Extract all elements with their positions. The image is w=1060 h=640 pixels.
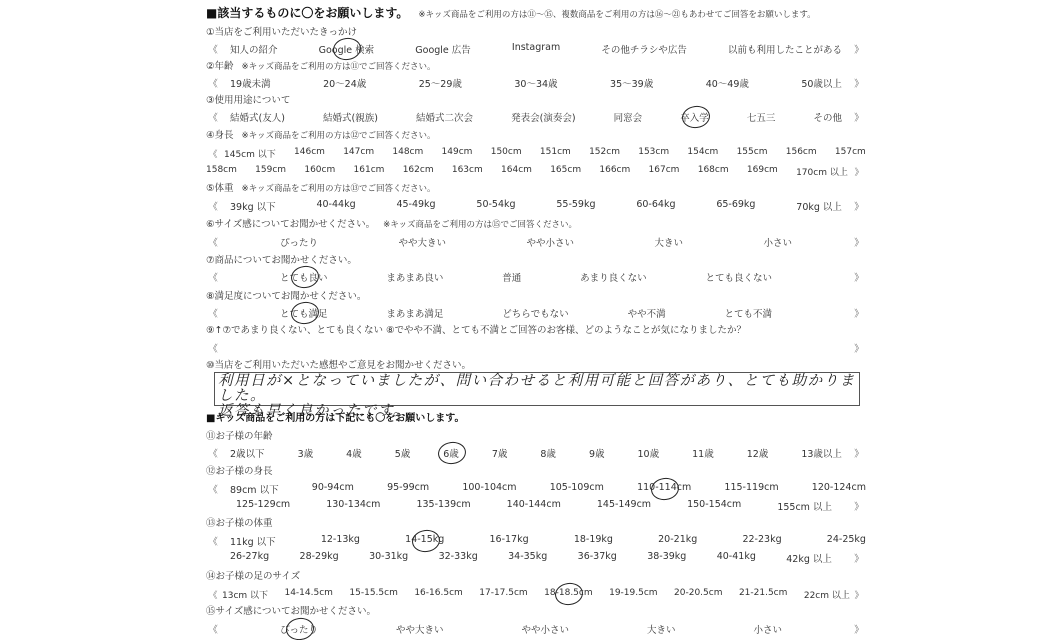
q13-option[interactable]: 32-33kg	[439, 551, 478, 565]
q4-option[interactable]: 167cm	[649, 165, 680, 178]
q7-option-selected[interactable]: とても良い	[280, 270, 328, 284]
open-bracket: 《	[206, 76, 220, 90]
close-bracket: 》	[852, 110, 866, 124]
open-bracket: 《	[206, 199, 220, 213]
q4-option[interactable]: 169cm	[747, 165, 778, 178]
q13-option[interactable]: 18-19kg	[574, 534, 613, 548]
q5-option[interactable]: 39kg 以下	[230, 199, 276, 213]
q7-option[interactable]: 普通	[502, 270, 521, 284]
q2-title: ②年齢	[206, 61, 234, 72]
q1-option[interactable]: 以前も利用したことがある	[728, 42, 842, 56]
q3-option[interactable]: 結婚式(親族)	[323, 110, 378, 124]
open-bracket: 《	[206, 42, 220, 56]
q9-answer[interactable]: 《 》	[206, 339, 866, 357]
close-bracket: 》	[852, 588, 866, 601]
q11-option[interactable]: 9歳	[589, 446, 605, 460]
q11-option[interactable]: 2歳以下	[230, 446, 265, 460]
q3-option[interactable]: 発表会(演奏会)	[511, 110, 575, 124]
q14-option[interactable]: 13cm 以下	[222, 588, 268, 601]
form-title: ■該当するものに〇をお願いします。	[206, 6, 408, 20]
open-bracket: 《	[206, 341, 220, 355]
q14-option[interactable]: 20-20.5cm	[674, 588, 722, 601]
q5-options: 《 39kg 以下 40-44kg 45-49kg 50-54kg 55-59k…	[206, 197, 866, 215]
q14-option[interactable]: 22cm 以上	[804, 588, 850, 601]
open-bracket: 《	[206, 270, 220, 284]
q13-option[interactable]: 24-25kg	[827, 534, 866, 548]
q4-option[interactable]: 148cm	[392, 147, 423, 160]
q11-option[interactable]: 7歳	[492, 446, 508, 460]
q2-option[interactable]: 40〜49歳	[706, 76, 749, 90]
q7-options: 《 とても良い まあまあ良い 普通 あまり良くない とても良くない 》	[206, 268, 866, 286]
q14-option[interactable]: 21-21.5cm	[739, 588, 787, 601]
q14-option[interactable]: 14-14.5cm	[284, 588, 332, 601]
q1-option[interactable]: その他チラシや広告	[601, 42, 687, 56]
close-bracket: 》	[852, 199, 866, 213]
form-header: ■該当するものに〇をお願いします。※キッズ商品をご利用の方は⑪〜⑮、複数商品をご…	[206, 4, 866, 22]
q6-option[interactable]: やや小さい	[526, 235, 574, 249]
q11-option[interactable]: 4歳	[346, 446, 362, 460]
q11-option[interactable]: 8歳	[540, 446, 556, 460]
form-note: ※キッズ商品をご利用の方は⑪〜⑮、複数商品をご利用の方は⑯〜㉑もあわせてご回答を…	[418, 10, 815, 20]
q4-label: ④身長※キッズ商品をご利用の方は⑫でご回答ください。	[206, 127, 866, 145]
open-bracket: 《	[206, 110, 220, 124]
q14-option-selected[interactable]: 18-18.5cm	[544, 588, 592, 601]
q7-option[interactable]: あまり良くない	[580, 270, 647, 284]
q3-option[interactable]: 結婚式二次会	[416, 110, 473, 124]
q2-option[interactable]: 25〜29歳	[419, 76, 462, 90]
q11-option-selected[interactable]: 6歳	[443, 446, 459, 460]
q4-option[interactable]: 155cm	[737, 147, 768, 160]
q13-option[interactable]: 40-41kg	[717, 551, 756, 565]
q12-option[interactable]: 125-129cm	[236, 499, 290, 513]
q12-option[interactable]: 90-94cm	[312, 482, 354, 496]
q6-option[interactable]: 大きい	[654, 235, 683, 249]
q13-option[interactable]: 11kg 以下	[230, 534, 276, 548]
q11-option[interactable]: 10歳	[638, 446, 660, 460]
close-bracket: 》	[852, 446, 866, 460]
q13-option[interactable]: 22-23kg	[742, 534, 781, 548]
q9-label: ⑨↑⑦であまり良くない、とても良くない ⑧でやや不満、とても不満とご回答のお客様…	[206, 322, 866, 340]
q3-option[interactable]: 七五三	[747, 110, 776, 124]
q12-option[interactable]: 100-104cm	[462, 482, 516, 496]
q4-option[interactable]: 168cm	[698, 165, 729, 178]
q4-option[interactable]: 156cm	[786, 147, 817, 160]
q4-option[interactable]: 163cm	[452, 165, 483, 178]
q4-option[interactable]: 158cm	[206, 165, 237, 178]
close-bracket: 》	[852, 499, 866, 513]
open-bracket: 《	[206, 622, 220, 636]
q13-option[interactable]: 30-31kg	[369, 551, 408, 565]
q13-option[interactable]: 12-13kg	[321, 534, 360, 548]
q6-label: ⑥サイズ感についてお聞かせください。※キッズ商品をご利用の方は⑮でご回答ください…	[206, 216, 866, 234]
q13-option[interactable]: 26-27kg	[230, 551, 269, 565]
open-bracket: 《	[206, 482, 220, 496]
q6-option[interactable]: 小さい	[763, 235, 792, 249]
close-bracket: 》	[852, 76, 866, 90]
close-bracket: 》	[852, 622, 866, 636]
q6-option[interactable]: ぴったり	[280, 235, 318, 249]
open-bracket: 《	[206, 235, 220, 249]
q4-option[interactable]: 154cm	[687, 147, 718, 160]
close-bracket: 》	[852, 165, 866, 178]
q5-option[interactable]: 40-44kg	[316, 199, 355, 213]
close-bracket: 》	[852, 235, 866, 249]
q12-options-row1: 《 89cm 以下 90-94cm 95-99cm 100-104cm 105-…	[206, 480, 866, 498]
q14-label: ⑭お子様の足のサイズ	[206, 568, 866, 586]
q15-option[interactable]: 大きい	[647, 622, 676, 636]
q11-option[interactable]: 13歳以上	[801, 446, 842, 460]
q8-option[interactable]: やや不満	[628, 306, 666, 320]
q2-option[interactable]: 30〜34歳	[514, 76, 557, 90]
close-bracket: 》	[852, 42, 866, 56]
q12-option[interactable]: 135-139cm	[416, 499, 470, 513]
q8-option[interactable]: とても不満	[724, 306, 772, 320]
open-bracket: 《	[206, 534, 220, 548]
open-bracket: 《	[206, 147, 220, 160]
q6-title: ⑥サイズ感についてお聞かせください。	[206, 219, 375, 230]
q4-option[interactable]: 170cm 以上	[796, 165, 848, 178]
q14-options: 《 13cm 以下 14-14.5cm 15-15.5cm 16-16.5cm …	[206, 585, 866, 603]
q8-option[interactable]: まあまあ満足	[386, 306, 443, 320]
q15-option[interactable]: やや大きい	[396, 622, 444, 636]
q12-option[interactable]: 115-119cm	[724, 482, 778, 496]
q4-option[interactable]: 146cm	[294, 147, 325, 160]
q12-label: ⑫お子様の身長	[206, 463, 866, 481]
q8-option-selected[interactable]: とても満足	[280, 306, 328, 320]
q3-option[interactable]: その他	[813, 110, 842, 124]
open-bracket: 《	[206, 588, 220, 601]
q5-note: ※キッズ商品をご利用の方は⑬でご回答ください。	[242, 184, 436, 194]
q13-option[interactable]: 34-35kg	[508, 551, 547, 565]
q4-option[interactable]: 149cm	[442, 147, 473, 160]
q11-options: 《 2歳以下 3歳 4歳 5歳 6歳 7歳 8歳 9歳 10歳 11歳 12歳 …	[206, 444, 866, 462]
q5-label: ⑤体重※キッズ商品をご利用の方は⑬でご回答ください。	[206, 180, 866, 198]
q4-option[interactable]: 157cm	[835, 147, 866, 160]
q15-option[interactable]: やや小さい	[521, 622, 569, 636]
q4-option[interactable]: 147cm	[343, 147, 374, 160]
q4-options-row1: 《 145cm 以下 146cm 147cm 148cm 149cm 150cm…	[206, 144, 866, 162]
q5-option[interactable]: 55-59kg	[556, 199, 595, 213]
q8-options: 《 とても満足 まあまあ満足 どちらでもない やや不満 とても不満 》	[206, 304, 866, 322]
q6-option[interactable]: やや大きい	[398, 235, 446, 249]
q13-label: ⑬お子様の体重	[206, 515, 866, 533]
q5-title: ⑤体重	[206, 183, 234, 194]
q7-option[interactable]: とても良くない	[705, 270, 772, 284]
q13-options-row1: 《 11kg 以下 12-13kg 14-15kg 16-17kg 18-19k…	[206, 532, 866, 550]
q13-options-row2: 26-27kg 28-29kg 30-31kg 32-33kg 34-35kg …	[206, 549, 866, 567]
q4-note: ※キッズ商品をご利用の方は⑫でご回答ください。	[242, 131, 436, 141]
q1-option-selected[interactable]: Google 検索	[319, 42, 375, 56]
q4-option[interactable]: 150cm	[491, 147, 522, 160]
q2-note: ※キッズ商品をご利用の方は⑪でご回答ください。	[242, 62, 436, 72]
q2-option[interactable]: 35〜39歳	[610, 76, 653, 90]
q12-option[interactable]: 145-149cm	[597, 499, 651, 513]
q14-option[interactable]: 16-16.5cm	[414, 588, 462, 601]
q4-option[interactable]: 164cm	[501, 165, 532, 178]
q1-option[interactable]: Google 広告	[415, 42, 471, 56]
q12-option[interactable]: 150-154cm	[687, 499, 741, 513]
q12-option[interactable]: 95-99cm	[387, 482, 429, 496]
q4-option[interactable]: 153cm	[638, 147, 669, 160]
q15-option[interactable]: 小さい	[753, 622, 782, 636]
q3-option[interactable]: 同窓会	[614, 110, 643, 124]
q13-option[interactable]: 28-29kg	[300, 551, 339, 565]
q4-option[interactable]: 166cm	[599, 165, 630, 178]
close-bracket: 》	[852, 270, 866, 284]
q12-option[interactable]: 155cm 以上	[777, 499, 832, 513]
q14-option[interactable]: 17-17.5cm	[479, 588, 527, 601]
close-bracket: 》	[852, 306, 866, 320]
q4-option[interactable]: 152cm	[589, 147, 620, 160]
open-bracket: 《	[206, 306, 220, 320]
q13-option[interactable]: 36-37kg	[578, 551, 617, 565]
close-bracket: 》	[852, 341, 866, 355]
q2-option[interactable]: 19歳未満	[230, 76, 271, 90]
q4-title: ④身長	[206, 130, 234, 141]
q6-options: 《 ぴったり やや大きい やや小さい 大きい 小さい 》	[206, 233, 866, 251]
q4-option[interactable]: 160cm	[304, 165, 335, 178]
q5-option[interactable]: 70kg 以上	[796, 199, 842, 213]
q13-option-selected[interactable]: 14-15kg	[405, 534, 444, 548]
q4-option[interactable]: 151cm	[540, 147, 571, 160]
q11-option[interactable]: 11歳	[692, 446, 714, 460]
q2-option[interactable]: 50歳以上	[801, 76, 842, 90]
q3-options: 《 結婚式(友人) 結婚式(親族) 結婚式二次会 発表会(演奏会) 同窓会 卒入…	[206, 108, 866, 126]
open-bracket: 《	[206, 446, 220, 460]
q7-option[interactable]: まあまあ良い	[386, 270, 443, 284]
q4-options-row2: 158cm 159cm 160cm 161cm 162cm 163cm 164c…	[206, 162, 866, 180]
q4-option[interactable]: 162cm	[403, 165, 434, 178]
q12-option[interactable]: 140-144cm	[507, 499, 561, 513]
q13-option[interactable]: 16-17kg	[489, 534, 528, 548]
kids-section-title: ■キッズ商品をご利用の方は下記にも〇をお願いします。	[206, 409, 866, 427]
q13-option[interactable]: 42kg 以上	[786, 551, 832, 565]
q14-option[interactable]: 15-15.5cm	[349, 588, 397, 601]
q12-option-selected[interactable]: 110-114cm	[637, 482, 691, 496]
q12-option[interactable]: 120-124cm	[812, 482, 866, 496]
q4-option[interactable]: 165cm	[550, 165, 581, 178]
q11-option[interactable]: 3歳	[298, 446, 314, 460]
q1-option[interactable]: Instagram	[512, 42, 560, 56]
q11-option[interactable]: 12歳	[747, 446, 769, 460]
q8-option[interactable]: どちらでもない	[502, 306, 568, 320]
q12-option[interactable]: 105-109cm	[550, 482, 604, 496]
q5-option[interactable]: 65-69kg	[716, 199, 755, 213]
q4-option[interactable]: 145cm 以下	[224, 147, 276, 160]
q5-option[interactable]: 50-54kg	[476, 199, 515, 213]
q15-option-selected[interactable]: ぴったり	[280, 622, 318, 636]
q12-options-row2: 125-129cm 130-134cm 135-139cm 140-144cm …	[206, 497, 866, 515]
q3-option[interactable]: 結婚式(友人)	[230, 110, 285, 124]
survey-form: ■該当するものに〇をお願いします。※キッズ商品をご利用の方は⑪〜⑮、複数商品をご…	[206, 0, 866, 640]
q12-option[interactable]: 130-134cm	[326, 499, 380, 513]
q4-option[interactable]: 159cm	[255, 165, 286, 178]
q6-note: ※キッズ商品をご利用の方は⑮でご回答ください。	[383, 220, 577, 230]
q5-option[interactable]: 60-64kg	[636, 199, 675, 213]
q2-options: 《 19歳未満 20〜24歳 25〜29歳 30〜34歳 35〜39歳 40〜4…	[206, 74, 866, 92]
close-bracket: 》	[852, 551, 866, 565]
comment-line-1: 利用日が×となっていましたが、問い合わせると利用可能と回答があり、とても助かりま…	[218, 374, 858, 404]
q2-option[interactable]: 20〜24歳	[323, 76, 366, 90]
q12-option[interactable]: 89cm 以下	[230, 482, 279, 496]
q5-option[interactable]: 45-49kg	[396, 199, 435, 213]
q13-option[interactable]: 38-39kg	[647, 551, 686, 565]
q15-options: 《 ぴったり やや大きい やや小さい 大きい 小さい 》	[206, 620, 866, 638]
q1-option[interactable]: 知人の紹介	[230, 42, 278, 56]
q11-option[interactable]: 5歳	[395, 446, 411, 460]
q14-option[interactable]: 19-19.5cm	[609, 588, 657, 601]
q13-option[interactable]: 20-21kg	[658, 534, 697, 548]
q1-options: 《 知人の紹介 Google 検索 Google 広告 Instagram その…	[206, 40, 866, 58]
q3-option-selected[interactable]: 卒入学	[680, 110, 709, 124]
q4-option[interactable]: 161cm	[354, 165, 385, 178]
